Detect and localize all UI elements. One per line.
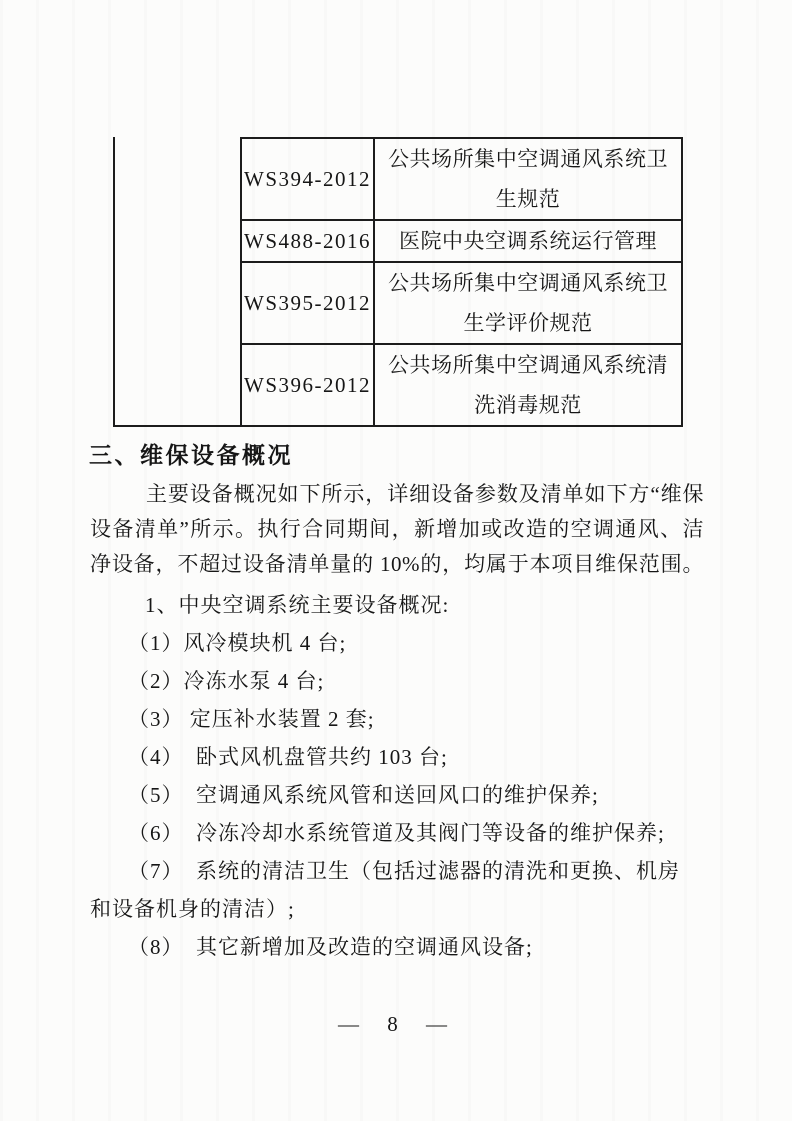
standards-table: WS394-2012 公共场所集中空调通风系统卫 生规范 WS488-2016 … xyxy=(113,137,683,427)
standard-title-line: 医院中央空调系统运行管理 xyxy=(388,221,668,261)
table-row: WS394-2012 公共场所集中空调通风系统卫 生规范 xyxy=(242,139,681,219)
standard-code: WS488-2016 xyxy=(242,221,375,261)
page-number: — 8 — xyxy=(0,1012,792,1037)
table-empty-category-cell xyxy=(113,137,240,425)
list-item: （8） 其它新增加及改造的空调通风设备; xyxy=(90,928,706,966)
list-item: （7） 系统的清洁卫生（包括过滤器的清洗和更换、机房 和设备机身的清洁）; xyxy=(90,852,706,928)
intro-paragraph: 主要设备概况如下所示，详细设备参数及清单如下方“维保 设备清单”所示。执行合同期… xyxy=(90,477,704,582)
paragraph-line: 设备清单”所示。执行合同期间，新增加或改造的空调通风、洁 xyxy=(90,512,704,547)
standard-title: 公共场所集中空调通风系统清 洗消毒规范 xyxy=(375,345,681,425)
standard-code: WS394-2012 xyxy=(242,139,375,219)
list-item: （1）风冷模块机 4 台; xyxy=(90,624,706,662)
document-page: WS394-2012 公共场所集中空调通风系统卫 生规范 WS488-2016 … xyxy=(0,0,792,1121)
standard-title-line: 公共场所集中空调通风系统卫 xyxy=(388,139,668,179)
list-item: （2）冷冻水泵 4 台; xyxy=(90,662,706,700)
standard-code: WS396-2012 xyxy=(242,345,375,425)
table-row: WS395-2012 公共场所集中空调通风系统卫 生学评价规范 xyxy=(242,261,681,343)
standard-title-line: 公共场所集中空调通风系统卫 xyxy=(388,263,668,303)
standard-code: WS395-2012 xyxy=(242,263,375,343)
standard-title-line: 公共场所集中空调通风系统清 xyxy=(388,345,668,385)
list-item: （4） 卧式风机盘管共约 103 台; xyxy=(90,738,706,776)
standard-title-line: 生学评价规范 xyxy=(388,303,668,343)
list-item: （3） 定压补水装置 2 套; xyxy=(90,700,706,738)
equipment-list: 1、中央空调系统主要设备概况: （1）风冷模块机 4 台; （2）冷冻水泵 4 … xyxy=(90,586,706,966)
standard-title-line: 生规范 xyxy=(388,179,668,219)
list-title: 1、中央空调系统主要设备概况: xyxy=(90,586,706,624)
list-item: （5） 空调通风系统风管和送回风口的维护保养; xyxy=(90,776,706,814)
list-item: （6） 冷冻冷却水系统管道及其阀门等设备的维护保养; xyxy=(90,814,706,852)
standard-title: 公共场所集中空调通风系统卫 生规范 xyxy=(375,139,681,219)
paragraph-line: 净设备，不超过设备清单量的 10%的，均属于本项目维保范围。 xyxy=(90,547,704,582)
table-body: WS394-2012 公共场所集中空调通风系统卫 生规范 WS488-2016 … xyxy=(240,137,683,425)
section-heading: 三、维保设备概况 xyxy=(89,437,293,470)
paragraph-line: 主要设备概况如下所示，详细设备参数及清单如下方“维保 xyxy=(90,477,704,512)
standard-title-line: 洗消毒规范 xyxy=(388,385,668,425)
table-row: WS488-2016 医院中央空调系统运行管理 xyxy=(242,219,681,261)
standard-title: 公共场所集中空调通风系统卫 生学评价规范 xyxy=(375,263,681,343)
standard-title: 医院中央空调系统运行管理 xyxy=(375,221,681,261)
table-row: WS396-2012 公共场所集中空调通风系统清 洗消毒规范 xyxy=(242,343,681,425)
